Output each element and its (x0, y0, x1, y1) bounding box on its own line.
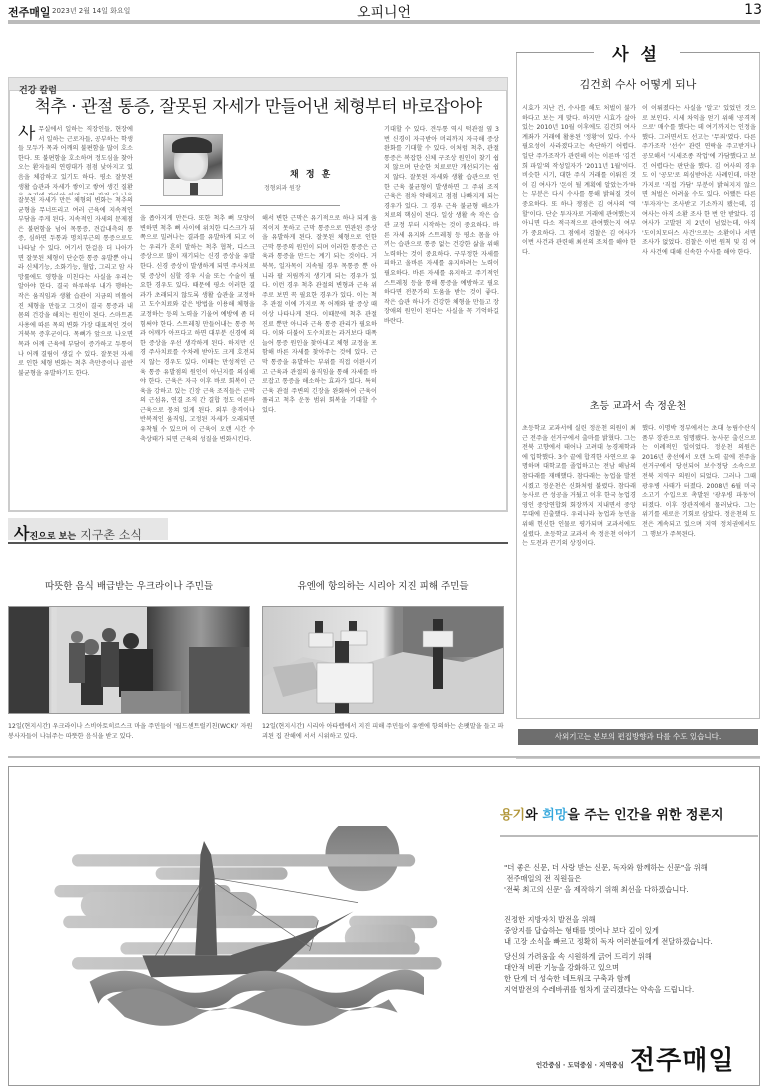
column-body-col1: 잘못된 자세가 만든 체형의 변화는 척추의 균형을 무너뜨리고 여러 근육에 … (18, 196, 133, 506)
promo-paragraph-1: "더 좋은 신문, 더 사랑 받는 신문, 독자와 함께하는 신문"을 위해 전… (504, 862, 708, 895)
rubble-protest-scene-icon (263, 607, 504, 714)
editorial-label: 사 설 (596, 40, 676, 65)
promo-rule (500, 835, 758, 837)
author-name: 채 정 훈 (290, 167, 332, 180)
column-body-col2: 을 좁아지게 만든다. 또한 척추 뼈 모양이 변하면 척추 뼈 사이에 위치한… (140, 214, 255, 506)
promo-headline: 용기와 희망을 주는 인간을 위한 정론지 (500, 804, 724, 823)
promo-paragraph-2: 진정한 지방자치 발전을 위해 중앙지를 답습하는 형태를 벗어나 보다 깊이 … (504, 914, 713, 947)
editorial-rule-left (516, 52, 594, 53)
section-title: 오피니언 (0, 2, 768, 22)
column-headline[interactable]: 척추 · 관절 통증, 잘못된 자세가 만들어낸 체형부터 바로잡아야 (8, 92, 508, 117)
photo-food-distribution-icon[interactable] (8, 606, 250, 714)
dropcap: 사 (18, 125, 35, 143)
editorial-headline-1[interactable]: 김건희 수사 어떻게 되나 (516, 76, 760, 92)
promo-motto: 인간중심 · 도덕중심 · 지역중심 (536, 1060, 624, 1069)
disclaimer-banner: 사외기고는 본보의 편집방향과 다를 수도 있습니다. (518, 729, 758, 745)
column-tab: 건강 칼럼 (8, 77, 508, 91)
photo-section-heading: 사진으로 보는 지구촌 소식 (14, 521, 142, 544)
header-divider (8, 20, 760, 24)
food-line-scene-icon (9, 607, 250, 714)
editorial-rule-right (680, 52, 760, 53)
column-body-col3: 해서 변한 근막은 유기적으로 하나 되게 움직이지 못하고 근막 통증으로 연… (262, 214, 377, 506)
pen-ship-illustration-icon (28, 826, 468, 1076)
photo-title-ukraine[interactable]: 따뜻한 음식 배급받는 우크라이나 주민들 (8, 578, 250, 592)
photo-caption-syria: 12일(현지시간) 시리아 아타렙에서 지진 피해 주민들이 유엔에 항의하는 … (262, 722, 508, 742)
editorial-1-col1: 시효가 지난 건, 수사를 해도 처벌이 불가하다고 보는 게 맞다. 하지만 … (522, 104, 636, 389)
photo-section-rule (8, 542, 508, 544)
portrait-tie (190, 183, 198, 196)
photo-title-syria[interactable]: 유엔에 항의하는 시리아 지진 피해 주민들 (262, 578, 504, 592)
column-body-col4: 기대할 수 있다. 견두통 역시 턱관절 옆 3번 신경이 자극받아 머리까지 … (384, 125, 499, 506)
section-divider (8, 756, 760, 758)
editorial-2-col2: 했다. 이명박 정부에서는 초대 농림수산식품부 장관으로 임명됐다. 농사꾼 … (642, 424, 756, 714)
column-intro: 사 무실에서 일하는 직장인들, 현장에서 일하는 근로자들, 공부하는 학생들… (18, 125, 133, 195)
promo-paragraph-3: 당신의 가려움을 속 시원하게 긁어 드리기 위해 대안적 비판 기능을 강화하… (504, 951, 694, 995)
promo-logo: 전주매일 (630, 1040, 734, 1077)
page-number: 13 (744, 2, 762, 18)
author-role: 정형외과 원장 (264, 183, 301, 192)
portrait-hair (172, 137, 212, 153)
editorial-2-col1: 초등학교 교과서에 실린 정운천 의원이 최근 전주을 선거구에서 출마를 밝혔… (522, 424, 636, 714)
photo-caption-ukraine: 12일(현지시간) 우크라이나 스비아토히르스크 마을 주민들이 '월드센트럴키… (8, 722, 254, 742)
photo-earthquake-protest-icon[interactable] (262, 606, 504, 714)
editorial-headline-2[interactable]: 초등 교과서 속 정운천 (516, 397, 760, 412)
editorial-1-col2: 이 이뤄졌다는 사실을 '알고' 있었던 것으로 보인다. 시세 차익을 얻기 … (642, 104, 756, 389)
byline-divider (140, 205, 340, 206)
author-portrait-photo (163, 134, 223, 196)
